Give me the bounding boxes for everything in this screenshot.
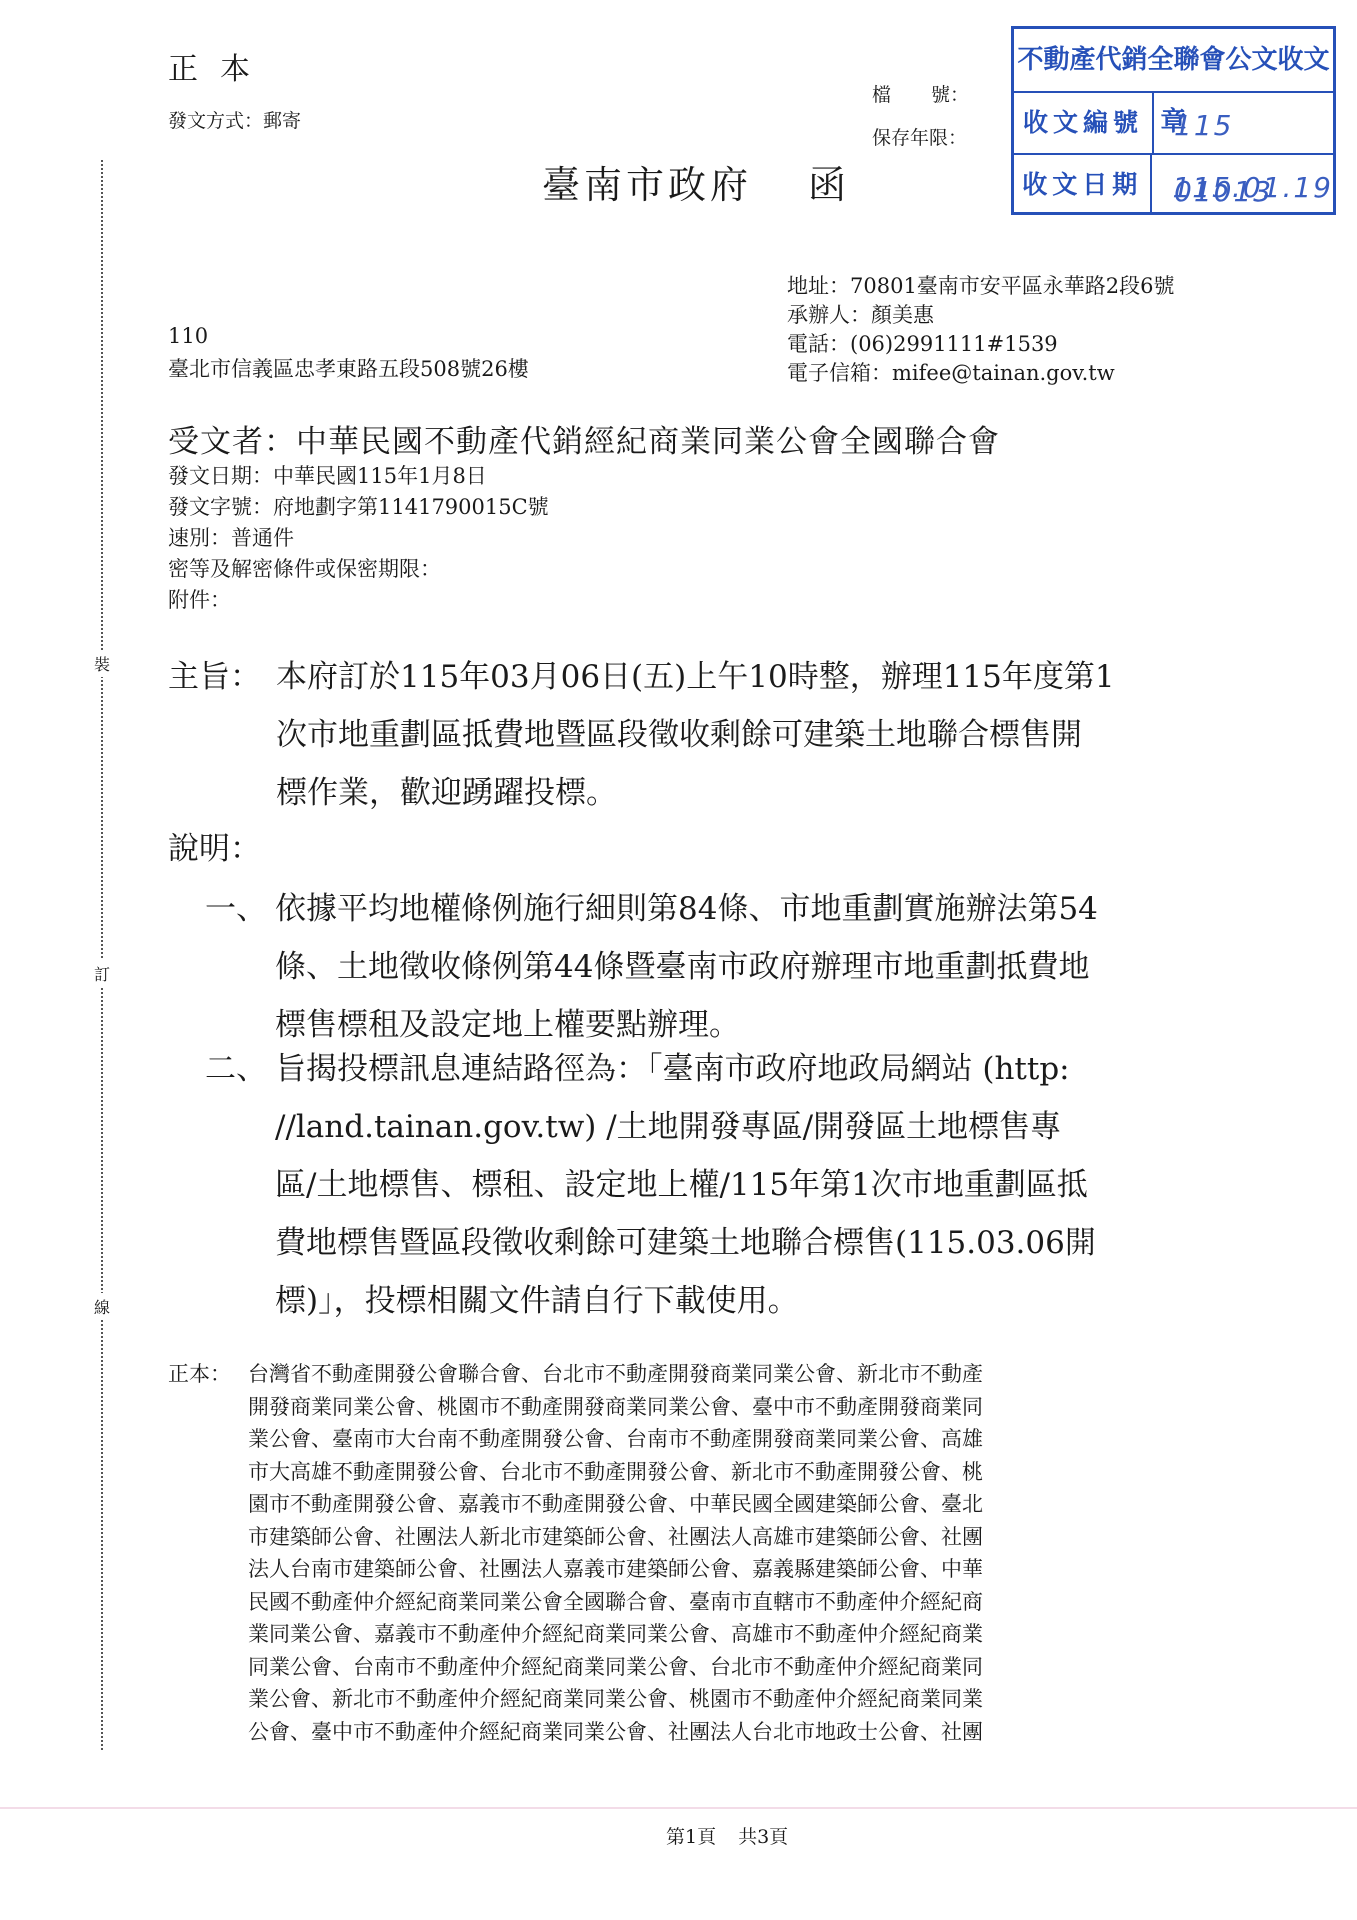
receiver: 受文者：中華民國不動產代銷經紀商業同業公會全國聯合會 [168,416,1000,461]
phone: 電話：(06)2991111#1539 [787,330,1175,359]
contact-person: 承辦人：顏美惠 [787,301,1175,330]
binding-mark: 線 [90,1293,114,1320]
subject-label: 主旨： [168,648,276,706]
item-line: 標)」，投標相關文件請自行下載使用。 [275,1272,1096,1330]
stamp-handwritten-value: 115 01013 [1154,93,1333,153]
subject-line: 次市地重劃區抵費地暨區段徵收剩餘可建築土地聯合標售開 [276,706,1238,764]
distribution-label: 正本： [168,1358,248,1391]
send-method: 發文方式：郵寄 [168,106,301,133]
footer-divider [0,1807,1357,1809]
recipient-zip: 110 [168,324,208,348]
item-number: 二、 [205,1040,275,1098]
distribution-line: 公會、臺中市不動產仲介經紀商業同業公會、社團法人台北市地政士公會、社團 [248,1716,983,1749]
stamp-label: 收文日期 [1014,155,1152,215]
distribution-line: 民國不動產仲介經紀商業同業公會全國聯合會、臺南市直轄市不動產仲介經紀商 [248,1586,983,1619]
item-content: 旨揭投標訊息連結路徑為：「臺南市政府地政局網站 (http: //land.ta… [275,1040,1096,1330]
email: 電子信箱：mifee@tainan.gov.tw [787,359,1175,388]
document-type: 函 [808,163,850,207]
delivery-speed: 速別：普通件 [168,523,549,554]
distribution-line: 業同業公會、嘉義市不動產仲介經紀商業同業公會、高雄市不動產仲介經紀商業 [248,1618,983,1651]
description-item: 二、 旨揭投標訊息連結路徑為：「臺南市政府地政局網站 (http: //land… [205,1040,1096,1330]
sender-address: 地址：70801臺南市安平區永華路2段6號 [787,272,1175,301]
binding-line [101,160,103,1750]
stamp-row-receipt-number: 收文編號 115 01013 [1014,93,1333,155]
distribution-line: 同業公會、台南市不動產仲介經紀商業同業公會、台北市不動產仲介經紀商業同 [248,1651,983,1684]
distribution-line: 台灣省不動產開發公會聯合會、台北市不動產開發商業同業公會、新北市不動產 [248,1358,983,1391]
stamp-row-receipt-date: 收文日期 115.01.19 [1014,155,1333,215]
document-fields: 發文日期：中華民國115年1月8日 發文字號：府地劃字第1141790015C號… [168,461,549,616]
issue-date: 發文日期：中華民國115年1月8日 [168,461,549,492]
stamp-handwritten-value: 115.01.19 [1152,155,1333,215]
attachments: 附件： [168,585,549,616]
description-item: 一、 依據平均地權條例施行細則第84條、市地重劃實施辦法第54 條、土地徵收條例… [205,880,1098,1054]
distribution-line: 園市不動產開發公會、嘉義市不動產開發公會、中華民國全國建築師公會、臺北 [248,1488,983,1521]
subject-content: 本府訂於115年03月06日(五)上午10時整，辦理115年度第1 次市地重劃區… [276,648,1238,822]
item-line: 費地標售暨區段徵收剩餘可建築土地聯合標售(115.03.06開 [275,1214,1096,1272]
binding-mark: 訂 [90,960,114,987]
distribution-content: 台灣省不動產開發公會聯合會、台北市不動產開發商業同業公會、新北市不動產 開發商業… [248,1358,983,1748]
item-line: 區/土地標售、標租、設定地上權/115年第1次市地重劃區抵 [275,1156,1096,1214]
item-content: 依據平均地權條例施行細則第84條、市地重劃實施辦法第54 條、土地徵收條例第44… [275,880,1098,1054]
distribution-line: 市建築師公會、社團法人新北市建築師公會、社團法人高雄市建築師公會、社團 [248,1521,983,1554]
item-number: 一、 [205,880,275,938]
item-line: 依據平均地權條例施行細則第84條、市地重劃實施辦法第54 [275,880,1098,938]
classification: 密等及解密條件或保密期限： [168,554,549,585]
distribution-line: 法人台南市建築師公會、社團法人嘉義市建築師公會、嘉義縣建築師公會、中華 [248,1553,983,1586]
current-page: 第1頁 [666,1826,716,1848]
subject-line: 本府訂於115年03月06日(五)上午10時整，辦理115年度第1 [276,648,1238,706]
retention-period-label: 保存年限： [872,123,967,150]
item-line: 條、土地徵收條例第44條暨臺南市政府辦理市地重劃抵費地 [275,938,1098,996]
distribution-list: 正本： 台灣省不動產開發公會聯合會、台北市不動產開發商業同業公會、新北市不動產 … [168,1358,983,1748]
file-number-label-b: 號： [931,84,969,106]
stamp-label: 收文編號 [1014,93,1154,153]
agency-name: 臺南市政府 [542,163,752,207]
file-number-label-a: 檔 [872,84,891,106]
receipt-stamp: 不動產代銷全聯會公文收文章 收文編號 115 01013 收文日期 115.01… [1011,26,1336,215]
page-number: 第1頁共3頁 [666,1822,788,1849]
stamp-title: 不動產代銷全聯會公文收文章 [1014,29,1333,93]
document-number: 發文字號：府地劃字第1141790015C號 [168,492,549,523]
document-title: 臺南市政府函 [542,154,850,209]
binding-mark: 裝 [90,650,114,677]
distribution-line: 業公會、臺南市大台南不動產開發公會、台南市不動產開發商業同業公會、高雄 [248,1423,983,1456]
distribution-line: 市大高雄不動產開發公會、台北市不動產開發公會、新北市不動產開發公會、桃 [248,1456,983,1489]
subject-line: 標作業，歡迎踴躍投標。 [276,764,1238,822]
distribution-line: 開發商業同業公會、桃園市不動產開發商業同業公會、臺中市不動產開發商業同 [248,1391,983,1424]
file-number-label: 檔號： [872,80,969,107]
copy-type-label: 正本 [168,44,272,88]
distribution-line: 業公會、新北市不動產仲介經紀商業同業公會、桃園市不動產仲介經紀商業同業 [248,1683,983,1716]
item-line: 旨揭投標訊息連結路徑為：「臺南市政府地政局網站 (http: [275,1040,1096,1098]
item-line: //land.tainan.gov.tw) /土地開發專區/開發區土地標售專 [275,1098,1096,1156]
total-pages: 共3頁 [738,1826,788,1848]
subject-section: 主旨： 本府訂於115年03月06日(五)上午10時整，辦理115年度第1 次市… [168,648,1238,822]
sender-info: 地址：70801臺南市安平區永華路2段6號 承辦人：顏美惠 電話：(06)299… [787,272,1175,388]
recipient-address: 臺北市信義區忠孝東路五段508號26樓 [168,353,529,383]
description-label: 說明： [168,823,261,868]
